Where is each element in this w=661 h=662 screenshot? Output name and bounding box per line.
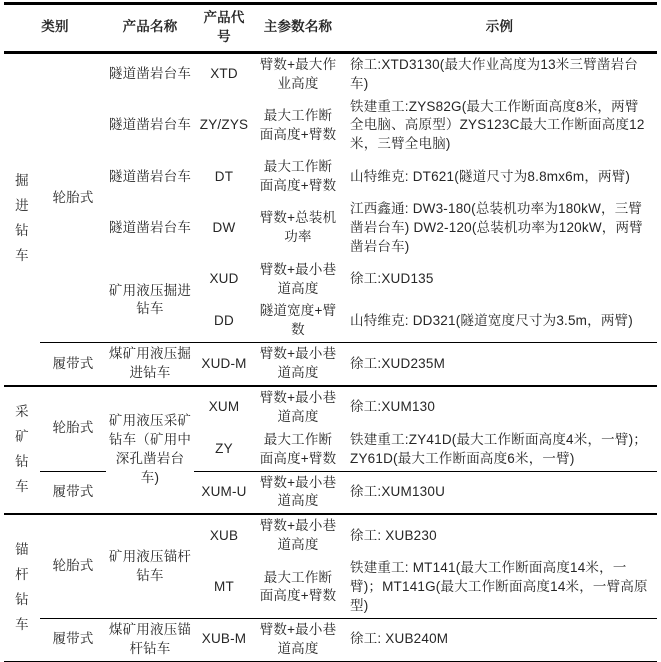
cell-main-param: 臂数+最大作业高度	[254, 52, 342, 95]
table-row: 掘进钻车 轮胎式 隧道凿岩台车 XTD 臂数+最大作业高度 徐工:XTD3130…	[4, 52, 657, 95]
cell-main-param: 最大工作断面高度+臂数	[254, 96, 342, 157]
cell-product-code: ZY/ZYS	[194, 96, 254, 157]
cell-main-param: 臂数+最小巷道高度	[254, 618, 342, 662]
table-row: 锚杆钻车 轮胎式 矿用液压锚杆钻车 XUB 臂数+最小巷道高度 徐工: XUB2…	[4, 514, 657, 557]
cell-category: 锚杆钻车	[4, 514, 40, 662]
cell-drive-type-wheel: 轮胎式	[40, 514, 106, 618]
col-header-product-code: 产品代号	[194, 4, 254, 53]
cell-drive-type-crawler: 履带式	[40, 343, 106, 386]
cell-example: 徐工:XUD235M	[342, 343, 657, 386]
col-header-category: 类别	[4, 4, 106, 53]
cell-example: 徐工: XUB230	[342, 514, 657, 557]
cell-product-name: 隧道凿岩台车	[106, 156, 194, 198]
category-vertical-label: 采矿钻车	[15, 400, 30, 500]
cell-drive-type-wheel: 轮胎式	[40, 52, 106, 342]
cell-example: 山特维克: DD321(隧道宽度尺寸为3.5m，两臂)	[342, 300, 657, 342]
cell-product-code: XTD	[194, 52, 254, 95]
cell-product-name: 隧道凿岩台车	[106, 198, 194, 259]
table-row: 履带式 煤矿用液压锚杆钻车 XUB-M 臂数+最小巷道高度 徐工: XUB240…	[4, 618, 657, 662]
cell-product-name: 矿用液压采矿钻车（矿用中深孔凿岩台车)	[106, 386, 194, 514]
category-vertical-label: 掘进钻车	[15, 169, 30, 269]
cell-product-code: DT	[194, 156, 254, 198]
section-bolting-drill: 锚杆钻车 轮胎式 矿用液压锚杆钻车 XUB 臂数+最小巷道高度 徐工: XUB2…	[4, 514, 657, 662]
cell-main-param: 最大工作断面高度+臂数	[254, 156, 342, 198]
cell-example: 徐工:XUM130U	[342, 471, 657, 514]
cell-example: 山特维克: DT621(隧道尺寸为8.8mx6m，两臂)	[342, 156, 657, 198]
cell-product-code: DD	[194, 300, 254, 342]
table-header: 类别 产品名称 产品代号 主参数名称 示例	[4, 4, 657, 53]
cell-example: 徐工:XUD135	[342, 259, 657, 301]
section-mining-drill: 采矿钻车 轮胎式 矿用液压采矿钻车（矿用中深孔凿岩台车) XUM 臂数+最小巷道…	[4, 386, 657, 514]
table-row: 履带式 XUM-U 臂数+最小巷道高度 徐工:XUM130U	[4, 471, 657, 514]
category-vertical-label: 锚杆钻车	[15, 538, 30, 638]
cell-product-name: 矿用液压锚杆钻车	[106, 514, 194, 618]
cell-example: 铁建重工:ZY41D(最大工作断面高度4米，一臂)；ZY61D(最大工作断面高度…	[342, 429, 657, 471]
cell-product-name: 煤矿用液压锚杆钻车	[106, 618, 194, 662]
cell-product-code: XUB	[194, 514, 254, 557]
cell-category: 采矿钻车	[4, 386, 40, 514]
cell-example: 铁建重工:ZYS82G(最大工作断面高度8米，两臂全电脑、高原型）ZYS123C…	[342, 96, 657, 157]
cell-product-code: XUD	[194, 259, 254, 301]
cell-product-name: 矿用液压掘进钻车	[106, 259, 194, 343]
cell-main-param: 隧道宽度+臂数	[254, 300, 342, 342]
cell-example: 徐工: XUB240M	[342, 618, 657, 662]
cell-product-code: ZY	[194, 429, 254, 471]
cell-product-name: 煤矿用液压掘进钻车	[106, 343, 194, 386]
cell-product-name: 隧道凿岩台车	[106, 52, 194, 95]
cell-drive-type-crawler: 履带式	[40, 618, 106, 662]
table-row: 履带式 煤矿用液压掘进钻车 XUD-M 臂数+最小巷道高度 徐工:XUD235M	[4, 343, 657, 386]
section-tunneling-drill: 掘进钻车 轮胎式 隧道凿岩台车 XTD 臂数+最大作业高度 徐工:XTD3130…	[4, 52, 657, 386]
cell-main-param: 臂数+最小巷道高度	[254, 514, 342, 557]
cell-category: 掘进钻车	[4, 52, 40, 386]
page: 类别 产品名称 产品代号 主参数名称 示例 掘进钻车 轮胎式 隧道凿岩台车 XT…	[0, 0, 661, 662]
cell-main-param: 臂数+最小巷道高度	[254, 386, 342, 429]
col-header-main-param: 主参数名称	[254, 4, 342, 53]
cell-example: 铁建重工: MT141(最大工作断面高度14米，一臂)；MT141G(最大工作断…	[342, 557, 657, 618]
cell-product-code: MT	[194, 557, 254, 618]
product-classification-table: 类别 产品名称 产品代号 主参数名称 示例 掘进钻车 轮胎式 隧道凿岩台车 XT…	[4, 2, 657, 662]
cell-product-code: XUB-M	[194, 618, 254, 662]
cell-example: 江西鑫通: DW3-180(总装机功率为180kW，三臂凿岩台车) DW2-12…	[342, 198, 657, 259]
cell-product-code: XUM-U	[194, 471, 254, 514]
cell-product-code: DW	[194, 198, 254, 259]
cell-drive-type-wheel: 轮胎式	[40, 386, 106, 471]
cell-main-param: 最大工作断面高度+臂数	[254, 429, 342, 471]
cell-main-param: 臂数+最小巷道高度	[254, 471, 342, 514]
cell-product-code: XUM	[194, 386, 254, 429]
cell-product-code: XUD-M	[194, 343, 254, 386]
cell-main-param: 臂数+总装机功率	[254, 198, 342, 259]
cell-main-param: 臂数+最小巷道高度	[254, 259, 342, 301]
cell-main-param: 臂数+最小巷道高度	[254, 343, 342, 386]
cell-example: 徐工:XTD3130(最大作业高度为13米三臂凿岩台车)	[342, 52, 657, 95]
cell-main-param: 最大工作断面高度+臂数	[254, 557, 342, 618]
col-header-product-name: 产品名称	[106, 4, 194, 53]
cell-drive-type-crawler: 履带式	[40, 471, 106, 514]
cell-product-name: 隧道凿岩台车	[106, 96, 194, 157]
cell-example: 徐工:XUM130	[342, 386, 657, 429]
table-row: 采矿钻车 轮胎式 矿用液压采矿钻车（矿用中深孔凿岩台车) XUM 臂数+最小巷道…	[4, 386, 657, 429]
col-header-example: 示例	[342, 4, 657, 53]
